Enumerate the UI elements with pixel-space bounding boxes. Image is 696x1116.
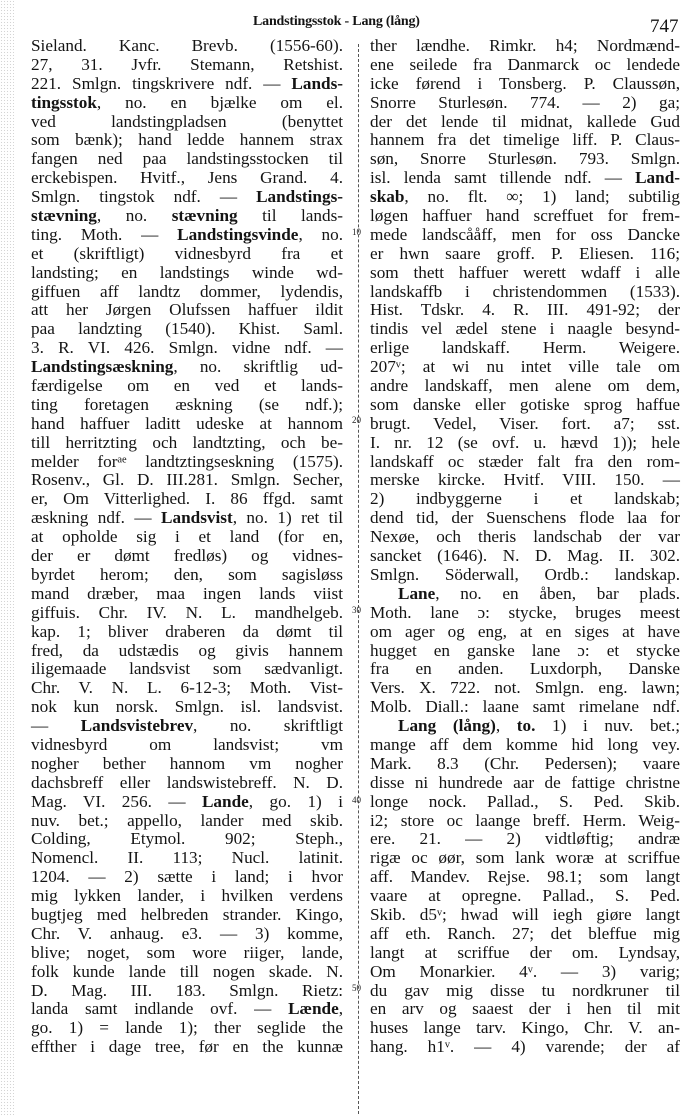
text-line: I. nr. 12 (se ovf. u. hævd 1)); hele bbox=[370, 434, 680, 453]
text-line: som danske eller gotiske sprog haffue bbox=[370, 396, 680, 415]
text-line: tingsstok, no. en bjælke om el. bbox=[31, 94, 343, 113]
text-line: Landstingsæskning, no. skriftlig ud- bbox=[31, 358, 343, 377]
text-line: erlige landskaff. Herm. Weigere. bbox=[370, 339, 680, 358]
text-line: er hwn saare groff. P. Eliesen. 116; bbox=[370, 245, 680, 264]
text-line: aff eth. Ranch. 27; det bleffue mig bbox=[370, 925, 680, 944]
page-number: 747 bbox=[650, 16, 679, 38]
text-line: fra en anden. Luxdorph, Danske bbox=[370, 660, 680, 679]
text-line: Nomencl. II. 113; Nucl. latinit. bbox=[31, 849, 343, 868]
text-line: Moth. lane ɔ: stycke, bruges meest bbox=[370, 604, 680, 623]
text-line: at opholde sig i et land (for en, bbox=[31, 528, 343, 547]
scan-edge-noise bbox=[0, 0, 14, 1116]
text-line: 2) indbyggerne i et landskab; bbox=[370, 490, 680, 509]
text-line: landskaff oc stæder falt fra den rom- bbox=[370, 453, 680, 472]
line-number-10: 10 bbox=[352, 227, 361, 237]
text-line: Hist. Tdskr. 4. R. III. 491-92; der bbox=[370, 301, 680, 320]
page-header: Landstingsstok - Lang (lång) 747 bbox=[0, 14, 696, 34]
text-line: 3. R. VI. 426. Smlgn. vidne ndf. — bbox=[31, 339, 343, 358]
text-line: en arv og saaest der i hen til mit bbox=[370, 1000, 680, 1019]
text-line: Smlgn. tingstok ndf. — Landstings- bbox=[31, 188, 343, 207]
text-line: bugtjeg med helbreden strander. Kingo, bbox=[31, 906, 343, 925]
text-line: rigæ oc øør, som lank woræ at scriffue bbox=[370, 849, 680, 868]
text-line: aff. Mandev. Rejse. 98.1; som langt bbox=[370, 868, 680, 887]
text-line: fangen ned paa landstingsstocken til bbox=[31, 150, 343, 169]
text-line: melder forᵃᵉ landtztingseskning (1575). bbox=[31, 453, 343, 472]
text-line: Rosenv., Gl. D. III.281. Smlgn. Secher, bbox=[31, 471, 343, 490]
text-line: nuv. bet.; appello, lander med skib. bbox=[31, 812, 343, 831]
text-line: 207ᵛ; at wi nu intet ville tale om bbox=[370, 358, 680, 377]
text-line: kap. 1; bliver draberen da dømt til bbox=[31, 623, 343, 642]
text-line: iligemaade landsvist som sædvanligt. bbox=[31, 660, 343, 679]
text-line: Colding, Etymol. 902; Steph., bbox=[31, 830, 343, 849]
text-line: Mag. VI. 256. — Lande, go. 1) i bbox=[31, 793, 343, 812]
text-line: Om Monarkier. 4ᵛ. — 3) varig; bbox=[370, 963, 680, 982]
text-line: Mark. 8.3 (Chr. Pedersen); vaare bbox=[370, 755, 680, 774]
text-line: go. 1) = lande 1); ther seglide the bbox=[31, 1019, 343, 1038]
text-line: vaare at opregne. Pallad., S. Ped. bbox=[370, 887, 680, 906]
text-line: blive; noget, som wore riiger, lande, bbox=[31, 944, 343, 963]
text-line: Nexøe, och theris landschab der var bbox=[370, 528, 680, 547]
text-line: 1204. — 2) sætte i land; i hvor bbox=[31, 868, 343, 887]
text-line: der er dømt fredløs) og vidnes- bbox=[31, 547, 343, 566]
text-line: langt at scriffue der om. Lyndsay, bbox=[370, 944, 680, 963]
line-number-20: 20 bbox=[352, 415, 361, 425]
text-line: færdigelse om en ved et lands- bbox=[31, 377, 343, 396]
text-line: erckebispen. Hvitf., Jens Grand. 4. bbox=[31, 169, 343, 188]
text-line: 221. Smlgn. tingskrivere ndf. — Lands- bbox=[31, 75, 343, 94]
text-line: er, Om Vitterlighed. I. 86 ffgd. samt bbox=[31, 490, 343, 509]
text-line: stævning, no. stævning til lands- bbox=[31, 207, 343, 226]
text-line: nogher bether hannom vm nogher bbox=[31, 755, 343, 774]
text-line: Lang (lång), to. 1) i nuv. bet.; bbox=[370, 717, 680, 736]
text-line: et (skriftligt) vidnesbyrd fra et bbox=[31, 245, 343, 264]
text-line: Snorre Sturlesøn. 774. — 2) ga; bbox=[370, 94, 680, 113]
text-line: brugt. Vedel, Viser. fort. a7; sst. bbox=[370, 415, 680, 434]
text-line: att her Jørgen Olufssen haffuer ildit bbox=[31, 301, 343, 320]
text-line: ther lændhe. Rimkr. h4; Nordmænd- bbox=[370, 37, 680, 56]
text-line: ere. 21. — 2) vidtløftig; andræ bbox=[370, 830, 680, 849]
text-line: dend tid, der Suenschens flode laa for bbox=[370, 509, 680, 528]
text-line: ene seilede fra Danmarck oc lendede bbox=[370, 56, 680, 75]
line-number-50: 50 bbox=[352, 983, 361, 993]
text-line: hugget en ganske lane ɔ: et stycke bbox=[370, 642, 680, 661]
text-line: effther i dage tree, før en the kunnæ bbox=[31, 1038, 343, 1057]
text-line: byrdet herom; den, som sagisløss bbox=[31, 566, 343, 585]
text-line: Sieland. Kanc. Brevb. (1556-60). bbox=[31, 37, 343, 56]
running-head: Landstingsstok - Lang (lång) bbox=[253, 14, 420, 30]
text-line: som thett haffuer werett wdaff i alle bbox=[370, 264, 680, 283]
text-line: giffuen aff landtz dommer, lydendis, bbox=[31, 283, 343, 302]
text-line: dachsbreff eller landswistebreff. N. D. bbox=[31, 774, 343, 793]
text-line: mig lykken lander, i hvilken verdens bbox=[31, 887, 343, 906]
text-line: Molb. Diall.: laane samt rimelane ndf. bbox=[370, 698, 680, 717]
line-number-30: 30 bbox=[352, 605, 361, 615]
text-line: der det lende til midnat, kallede Gud bbox=[370, 113, 680, 132]
text-line: mange aff dem komme hid long vey. bbox=[370, 736, 680, 755]
text-line: Smlgn. Söderwall, Ordb.: landskap. bbox=[370, 566, 680, 585]
text-line: huses lange tarv. Kingo, Chr. V. an- bbox=[370, 1019, 680, 1038]
text-line: du gav mig disse tu nordkruner til bbox=[370, 982, 680, 1001]
text-line: ting foretagen æskning (se ndf.); bbox=[31, 396, 343, 415]
line-number-40: 40 bbox=[352, 795, 361, 805]
text-line: landsting; en landstings winde wd- bbox=[31, 264, 343, 283]
text-line: hannem fra det timelige liff. P. Claus- bbox=[370, 131, 680, 150]
text-line: søn, Snorre Sturlesøn. 793. Smlgn. bbox=[370, 150, 680, 169]
text-line: mede landscååff, men for oss Dancke bbox=[370, 226, 680, 245]
text-line: i2; store oc laange breff. Herm. Weig- bbox=[370, 812, 680, 831]
text-line: mand dræber, maa ingen lands viist bbox=[31, 585, 343, 604]
text-line: hand haffuer laditt udeske at hannom bbox=[31, 415, 343, 434]
text-line: icke førend i Tonsberg. P. Claussøn, bbox=[370, 75, 680, 94]
text-line: ting. Moth. — Landstingsvinde, no. bbox=[31, 226, 343, 245]
text-line: giffuis. Chr. IV. N. L. mandhelgeb. bbox=[31, 604, 343, 623]
text-line: D. Mag. III. 183. Smlgn. Rietz: bbox=[31, 982, 343, 1001]
text-line: som bænk); hand ledde hannem strax bbox=[31, 131, 343, 150]
text-line: paa landzting (1540). Khist. Saml. bbox=[31, 320, 343, 339]
text-line: andre landskaff, men alene om dem, bbox=[370, 377, 680, 396]
text-line: æskning ndf. — Landsvist, no. 1) ret til bbox=[31, 509, 343, 528]
text-line: Vers. X. 722. not. Smlgn. eng. lawn; bbox=[370, 679, 680, 698]
text-line: longe nock. Pallad., S. Ped. Skib. bbox=[370, 793, 680, 812]
text-line: hang. h1ᵛ. — 4) varende; der af bbox=[370, 1038, 680, 1057]
text-line: Chr. V. anhaug. e3. — 3) komme, bbox=[31, 925, 343, 944]
text-line: landa samt indlande ovf. — Lænde, bbox=[31, 1000, 343, 1019]
text-line: fred, da udstædis og givis hannem bbox=[31, 642, 343, 661]
text-line: Chr. V. N. L. 6-12-3; Moth. Vist- bbox=[31, 679, 343, 698]
text-line: ved landstingpladsen (benyttet bbox=[31, 113, 343, 132]
text-line: merske kircke. Hvitf. VIII. 150. — bbox=[370, 471, 680, 490]
text-line: sancket (1646). N. D. Mag. II. 302. bbox=[370, 547, 680, 566]
text-line: — Landsvistebrev, no. skriftligt bbox=[31, 717, 343, 736]
right-column: ther lændhe. Rimkr. h4; Nordmænd-ene sei… bbox=[370, 37, 680, 1057]
text-line: vidnesbyrd om landsvist; vm bbox=[31, 736, 343, 755]
text-line: nok kun norsk. Smlgn. isl. landsvist. bbox=[31, 698, 343, 717]
text-line: isl. lenda samt tillende ndf. — Land- bbox=[370, 169, 680, 188]
text-line: disse ni hundrede aar de fattige christn… bbox=[370, 774, 680, 793]
text-line: Lane, no. en åben, bar plads. bbox=[370, 585, 680, 604]
left-column: Sieland. Kanc. Brevb. (1556-60).27, 31. … bbox=[31, 37, 343, 1057]
text-line: Skib. d5ᵛ; hwad will iegh giøre langt bbox=[370, 906, 680, 925]
text-line: 27, 31. Jvfr. Stemann, Retshist. bbox=[31, 56, 343, 75]
column-divider bbox=[358, 44, 359, 1114]
text-line: folk kunde lande till nogen skade. N. bbox=[31, 963, 343, 982]
text-line: løgen haffuer hand screffuet for frem- bbox=[370, 207, 680, 226]
text-line: tindis vel ædel stene i naagle besynd- bbox=[370, 320, 680, 339]
text-line: skab, no. flt. ∞; 1) land; subtilig bbox=[370, 188, 680, 207]
text-line: om ager og eng, at en siges at have bbox=[370, 623, 680, 642]
text-line: landskaffb i christendommen (1533). bbox=[370, 283, 680, 302]
text-line: till herritzting och landtzting, och be- bbox=[31, 434, 343, 453]
